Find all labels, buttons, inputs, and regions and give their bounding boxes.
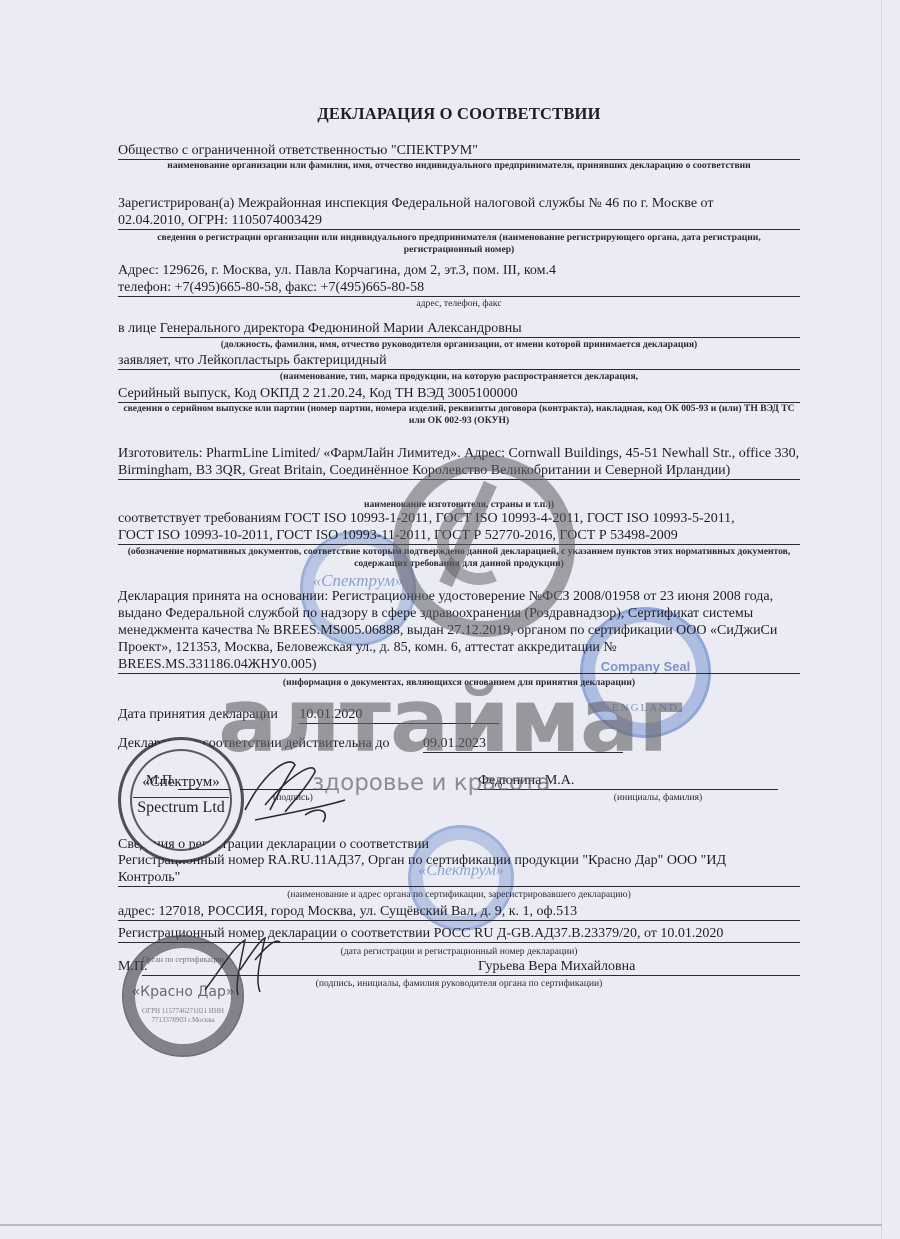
product-caption: (наименование, тип, марка продукции, на …	[118, 371, 800, 383]
address-line-2: телефон: +7(495)665-80-58, факс: +7(495)…	[118, 279, 800, 297]
registration-body-line-2: Контроль"	[118, 869, 800, 887]
registration-body-caption: (наименование и адрес органа по сертифик…	[118, 889, 800, 901]
page-edge	[881, 0, 882, 1239]
registration-body-line-1: Регистрационный номер RA.RU.11АД37, Орга…	[118, 852, 800, 869]
registration-line-2: 02.04.2010, ОГРН: 1105074003429	[118, 212, 800, 230]
representative-caption: (должность, фамилия, имя, отчество руков…	[118, 339, 800, 351]
address-caption: адрес, телефон, факс	[118, 298, 800, 310]
organization-name: Общество с ограниченной ответственностью…	[118, 142, 800, 160]
representative-row: в лице Генерального директора Федюниной …	[118, 320, 800, 338]
certification-body-address: адрес: 127018, РОССИЯ, город Москва, ул.…	[118, 903, 800, 921]
organization-name-caption: наименование организации или фамилия, им…	[118, 160, 800, 172]
serial-caption: сведения о серийном выпуске или партии (…	[118, 403, 800, 427]
registration-caption: сведения о регистрации организации или и…	[118, 232, 800, 256]
product-line: заявляет, что Лейкопластырь бактерицидны…	[118, 352, 800, 370]
document-title: ДЕКЛАРАЦИЯ О СООТВЕТСТВИИ	[118, 104, 800, 124]
representative-prefix: в лице	[118, 321, 156, 336]
certification-head-signature	[200, 930, 290, 1010]
watermark-logo-icon	[393, 455, 575, 637]
watermark-tagline: здоровье и красота	[312, 770, 551, 796]
registration-line-1: Зарегистрирован(а) Межрайонная инспекция…	[118, 195, 800, 212]
signer-name-caption: (инициалы, фамилия)	[538, 792, 778, 804]
watermark-brand: алтаймаг	[218, 676, 683, 766]
serial-line: Серийный выпуск, Код ОКПД 2 21.20.24, Ко…	[118, 385, 800, 403]
representative-value: Генерального директора Федюниной Марии А…	[160, 320, 800, 338]
address-line-1: Адрес: 129626, г. Москва, ул. Павла Корч…	[118, 262, 800, 279]
page-bottom-edge	[0, 1224, 882, 1226]
certification-head-name: Гурьева Вера Михайловна	[478, 958, 635, 975]
